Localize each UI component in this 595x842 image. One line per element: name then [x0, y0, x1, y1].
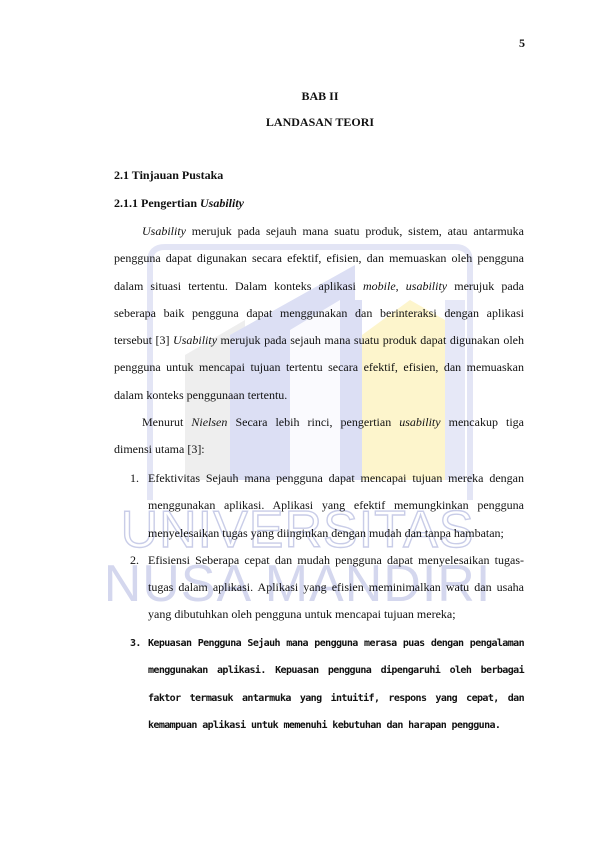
list-number: 1.: [130, 465, 139, 492]
paragraph-text: Menurut: [142, 415, 191, 429]
paragraph-text: Secara lebih rinci, pengertian: [227, 415, 399, 429]
term: usability: [406, 279, 447, 293]
subsection-heading-prefix: 2.1.1 Pengertian: [114, 196, 200, 210]
subsection-heading-term: Usability: [200, 196, 244, 210]
subsection-heading: 2.1.1 Pengertian Usability: [114, 196, 244, 211]
term: usability: [399, 415, 440, 429]
term: Usability: [142, 224, 186, 238]
page-number: 5: [519, 36, 525, 51]
list-number: 3.: [130, 630, 141, 657]
list-item-text: Efektivitas Sejauh mana pengguna dapat m…: [148, 471, 524, 540]
list-number: 2.: [130, 547, 139, 574]
chapter-title: LANDASAN TEORI: [0, 115, 595, 130]
term: mobile: [363, 279, 396, 293]
section-heading: 2.1 Tinjauan Pustaka: [114, 168, 223, 183]
paragraph-text: ,: [396, 279, 406, 293]
usability-dimensions-list: 1.Efektivitas Sejauh mana pengguna dapat…: [130, 465, 524, 629]
paragraph-nielsen: Menurut Nielsen Secara lebih rinci, peng…: [114, 409, 524, 464]
list-item: 1.Efektivitas Sejauh mana pengguna dapat…: [130, 465, 524, 547]
term: Usability: [173, 333, 217, 347]
list-item: 2.Efisiensi Seberapa cepat dan mudah pen…: [130, 547, 524, 629]
list-item-text: Efisiensi Seberapa cepat dan mudah pengg…: [148, 553, 524, 622]
author-name: Nielsen: [191, 415, 227, 429]
chapter-number: BAB II: [0, 89, 595, 104]
list-item: 3.Kepuasan Pengguna Sejauh mana pengguna…: [130, 630, 524, 739]
paragraph-usability-definition: Usability merujuk pada sejauh mana suatu…: [114, 218, 524, 409]
list-item-text: Kepuasan Pengguna Sejauh mana pengguna m…: [148, 638, 524, 731]
usability-dimensions-list-continued: 3.Kepuasan Pengguna Sejauh mana pengguna…: [130, 630, 524, 739]
